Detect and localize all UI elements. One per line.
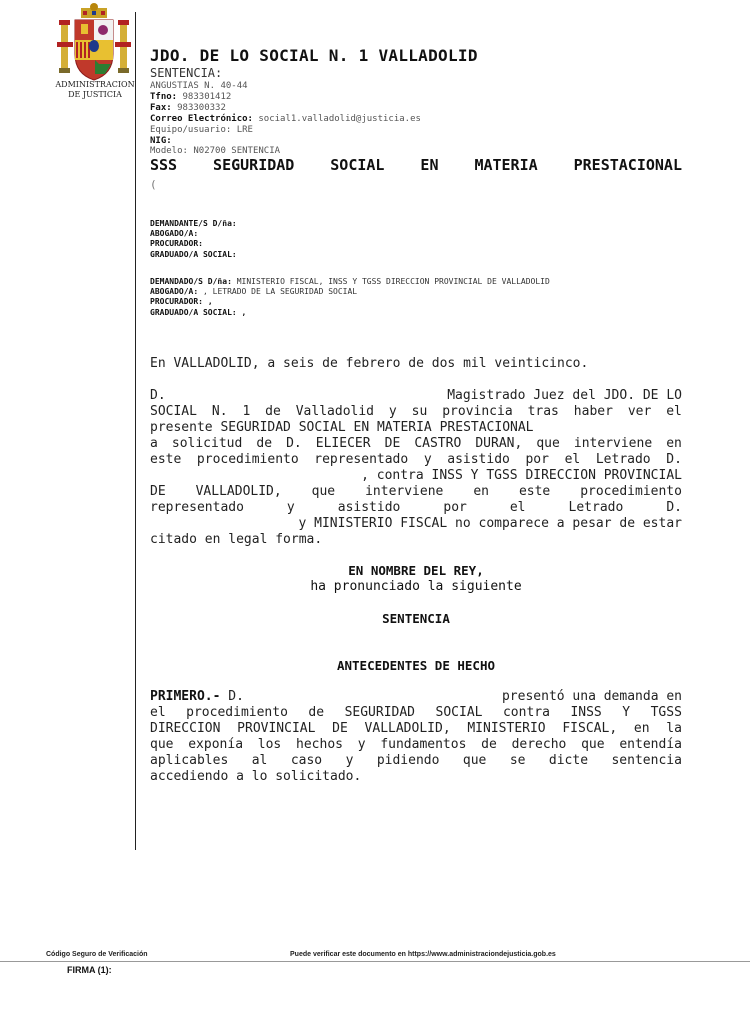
defendant-value: MINISTERIO FISCAL, INSS Y TGSS DIRECCION… xyxy=(237,277,550,286)
defendant-procurador-label: PROCURADOR: xyxy=(150,297,203,306)
word: este xyxy=(519,484,550,500)
plaintiff-lawyer-label: ABOGADO/A: xyxy=(150,229,198,238)
word: de xyxy=(308,705,324,721)
text-line: presente SEGURIDAD SOCIAL EN MATERIA PRE… xyxy=(150,420,682,436)
procedure-number: ( xyxy=(150,178,157,191)
procedure-title: SSS SEGURIDAD SOCIAL EN MATERIA PRESTACI… xyxy=(150,156,682,174)
word: que xyxy=(150,737,173,753)
word: procedimiento xyxy=(197,452,299,468)
word: representado xyxy=(150,500,244,516)
word: interviene xyxy=(574,436,652,452)
text-line: DIRECCIONPROVINCIALDEVALLADOLID,MINISTER… xyxy=(150,721,682,737)
text-line: queexponíaloshechosyfundamentosdederecho… xyxy=(150,737,682,753)
doc-type: SENTENCIA: xyxy=(150,66,222,80)
team-line: Equipo/usuario: LRE xyxy=(150,125,253,135)
word: haber xyxy=(574,404,613,420)
word: asistido xyxy=(338,500,401,516)
model-line: Modelo: N02700 SENTENCIA xyxy=(150,146,280,156)
text-line: elprocedimientodeSEGURIDADSOCIALcontraIN… xyxy=(150,705,682,721)
word: CASTRO xyxy=(414,436,461,452)
word: en xyxy=(666,436,682,452)
word: de xyxy=(481,737,497,753)
plaintiff-graduado-label: GRADUADO/A SOCIAL: xyxy=(150,250,237,259)
text-segment: PRIMERO.- D. xyxy=(150,689,244,705)
text-line: esteprocedimientorepresentadoyasistidopo… xyxy=(150,452,682,468)
text-segment xyxy=(150,468,300,484)
word: en xyxy=(634,721,650,737)
word: tras xyxy=(528,404,559,420)
section-title: ANTECEDENTES DE HECHO xyxy=(150,658,682,673)
sentence-title: SENTENCIA xyxy=(150,611,682,626)
phone-line: Tfno: 983301412 xyxy=(150,92,231,102)
paragraph-label: PRIMERO.- xyxy=(150,689,228,704)
plaintiff-graduado-line: GRADUADO/A SOCIAL: xyxy=(150,250,237,260)
word: SEGURIDAD xyxy=(345,705,415,721)
logo-caption-line2: DE JUSTICIA xyxy=(40,90,150,100)
csv-label: Código Seguro de Verificación xyxy=(46,951,148,958)
defendant-graduado-label: GRADUADO/A SOCIAL: xyxy=(150,308,237,317)
in-name-of-king: EN NOMBRE DEL REY, xyxy=(150,563,682,578)
word: provincia xyxy=(442,404,512,420)
word: interviene xyxy=(365,484,443,500)
word: pidiendo xyxy=(377,753,440,769)
text-line: DEVALLADOLID,queintervieneenesteprocedim… xyxy=(150,484,682,500)
text-segment: D. xyxy=(150,388,166,404)
word: Valladolid xyxy=(296,404,374,420)
word: PROVINCIAL xyxy=(237,721,315,737)
defendant-procurador-line: PROCURADOR: , xyxy=(150,297,213,307)
word: se xyxy=(510,753,526,769)
model-label: Modelo: xyxy=(150,146,188,156)
word: al xyxy=(252,753,268,769)
team-label: Equipo/usuario: xyxy=(150,125,231,135)
word: SOCIAL xyxy=(150,404,197,420)
word: FISCAL, xyxy=(562,721,617,737)
model-value: N02700 SENTENCIA xyxy=(193,146,280,156)
text-segment: , contra INSS Y TGSS DIRECCION PROVINCIA… xyxy=(361,468,682,484)
word: contra xyxy=(503,705,550,721)
email-label: Correo Electrónico: xyxy=(150,114,253,124)
nig-line: NIG: xyxy=(150,136,172,146)
text-line: citado en legal forma. xyxy=(150,532,682,548)
word: los xyxy=(258,737,281,753)
word: VALLADOLID, xyxy=(196,484,282,500)
email-line: Correo Electrónico: social1.valladolid@j… xyxy=(150,114,421,124)
word: D. xyxy=(666,500,682,516)
word: en xyxy=(473,484,489,500)
margin-rule xyxy=(135,12,136,850)
court-address: ANGUSTIAS N. 40-44 xyxy=(150,81,248,91)
word: que xyxy=(463,753,486,769)
procedure-word: PRESTACIONAL xyxy=(574,156,682,174)
word: representado xyxy=(314,452,408,468)
word: procedimiento xyxy=(186,705,288,721)
word: por xyxy=(525,452,548,468)
text-segment: Magistrado Juez del JDO. DE LO xyxy=(447,388,682,404)
word: y xyxy=(346,753,354,769)
word: 1 xyxy=(242,404,250,420)
text-line: accediendo a lo solicitado. xyxy=(150,769,682,785)
fax-value: 983300332 xyxy=(177,103,226,113)
defendant-graduado-line: GRADUADO/A SOCIAL: , xyxy=(150,308,246,318)
word: y xyxy=(389,404,397,420)
fax-line: Fax: 983300332 xyxy=(150,103,226,113)
word: DIRECCION xyxy=(150,721,220,737)
word: sentencia xyxy=(611,753,681,769)
word: TGSS xyxy=(651,705,682,721)
word: D. xyxy=(666,452,682,468)
text-line: PRIMERO.- D.presentó una demanda en xyxy=(150,689,682,705)
word: Y xyxy=(622,705,630,721)
word: entendía xyxy=(619,737,682,753)
logo-caption-line1: ADMINISTRACION xyxy=(40,80,150,90)
court-name: JDO. DE LO SOCIAL N. 1 VALLADOLID xyxy=(150,46,478,65)
word: ELIECER xyxy=(316,436,371,452)
word: N. xyxy=(212,404,228,420)
phone-value: 983301412 xyxy=(183,92,232,102)
text-line: D.Magistrado Juez del JDO. DE LO xyxy=(150,388,682,404)
procedure-word: SSS xyxy=(150,156,177,174)
team-value: LRE xyxy=(237,125,253,135)
word: MINISTERIO xyxy=(467,721,545,737)
word: DE xyxy=(385,436,401,452)
footer-rule xyxy=(0,961,750,962)
phone-label: Tfno: xyxy=(150,92,177,102)
word: INSS xyxy=(570,705,601,721)
text-line: y MINISTERIO FISCAL no comparece a pesar… xyxy=(150,516,682,532)
word: fundamentos xyxy=(380,737,466,753)
defendant-graduado-value: , xyxy=(242,308,247,317)
word: ver xyxy=(628,404,651,420)
intro-paragraph: D.Magistrado Juez del JDO. DE LOSOCIALN.… xyxy=(150,388,682,548)
word: que xyxy=(536,436,559,452)
email-value[interactable]: social1.valladolid@justicia.es xyxy=(258,114,421,124)
text-line: aplicablesalcasoypidiendoquesedictesente… xyxy=(150,753,682,769)
text-line: SOCIALN.1deValladolidysuprovinciatrashab… xyxy=(150,404,682,420)
plaintiff-procurador-line: PROCURADOR: xyxy=(150,239,203,249)
word: el xyxy=(666,404,682,420)
coat-of-arms-icon xyxy=(55,2,133,84)
word: este xyxy=(150,452,181,468)
word: que xyxy=(581,737,604,753)
defendant-procurador-value: , xyxy=(208,297,213,306)
primero-paragraph: PRIMERO.- D.presentó una demanda enelpro… xyxy=(150,689,682,785)
procedure-word: SOCIAL xyxy=(330,156,384,174)
word: de xyxy=(265,404,281,420)
defendant-label: DEMANDADO/S D/ña: xyxy=(150,277,232,286)
word: a xyxy=(150,436,158,452)
word: y xyxy=(424,452,432,468)
word: solicitud xyxy=(172,436,242,452)
word: por xyxy=(443,500,466,516)
text-segment xyxy=(150,516,200,532)
procedure-word: EN xyxy=(420,156,438,174)
procedure-word: SEGURIDAD xyxy=(213,156,294,174)
word: D. xyxy=(286,436,302,452)
word: DURAN, xyxy=(475,436,522,452)
word: que xyxy=(312,484,335,500)
text-line: , contra INSS Y TGSS DIRECCION PROVINCIA… xyxy=(150,468,682,484)
plaintiff-lawyer-line: ABOGADO/A: xyxy=(150,229,198,239)
word: y xyxy=(287,500,295,516)
word: dicte xyxy=(549,753,588,769)
signature-label: FIRMA (1): xyxy=(67,965,112,975)
fax-label: Fax: xyxy=(150,103,172,113)
word: procedimiento xyxy=(580,484,682,500)
text-segment: presentó una demanda en xyxy=(502,689,682,705)
word: el xyxy=(150,705,166,721)
defendant-line: DEMANDADO/S D/ña: MINISTERIO FISCAL, INS… xyxy=(150,277,550,287)
word: Letrado xyxy=(569,500,624,516)
word: DE xyxy=(150,484,166,500)
word: DE xyxy=(332,721,348,737)
nig-label: NIG: xyxy=(150,136,172,146)
word: aplicables xyxy=(150,753,228,769)
logo-caption: ADMINISTRACION DE JUSTICIA xyxy=(40,80,150,100)
word: su xyxy=(412,404,428,420)
plaintiff-procurador-label: PROCURADOR: xyxy=(150,239,203,248)
word: el xyxy=(565,452,581,468)
pronounced-line: ha pronunciado la siguiente xyxy=(150,579,682,594)
plaintiff-label: DEMANDANTE/S D/ña: xyxy=(150,219,237,228)
word: derecho xyxy=(512,737,567,753)
word: SOCIAL xyxy=(436,705,483,721)
date-line: En VALLADOLID, a seis de febrero de dos … xyxy=(150,356,682,372)
defendant-lawyer-line: ABOGADO/A: , LETRADO DE LA SEGURIDAD SOC… xyxy=(150,287,357,297)
defendant-lawyer-label: ABOGADO/A: xyxy=(150,287,198,296)
word: y xyxy=(358,737,366,753)
verify-text[interactable]: Puede verificar este documento en https:… xyxy=(290,951,556,958)
word: VALLADOLID, xyxy=(365,721,451,737)
text-line: asolicituddeD.ELIECERDECASTRODURAN,quein… xyxy=(150,436,682,452)
word: el xyxy=(510,500,526,516)
word: asistido xyxy=(447,452,510,468)
word: Letrado xyxy=(596,452,651,468)
plaintiff-line: DEMANDANTE/S D/ña: xyxy=(150,219,237,229)
word: la xyxy=(666,721,682,737)
text-line: representadoyasistidoporelLetradoD. xyxy=(150,500,682,516)
procedure-word: MATERIA xyxy=(474,156,537,174)
word: hechos xyxy=(296,737,343,753)
text-segment: y MINISTERIO FISCAL no comparece a pesar… xyxy=(298,516,682,532)
word: caso xyxy=(291,753,322,769)
word: de xyxy=(256,436,272,452)
defendant-lawyer-value: , LETRADO DE LA SEGURIDAD SOCIAL xyxy=(203,287,357,296)
word: exponía xyxy=(188,737,243,753)
